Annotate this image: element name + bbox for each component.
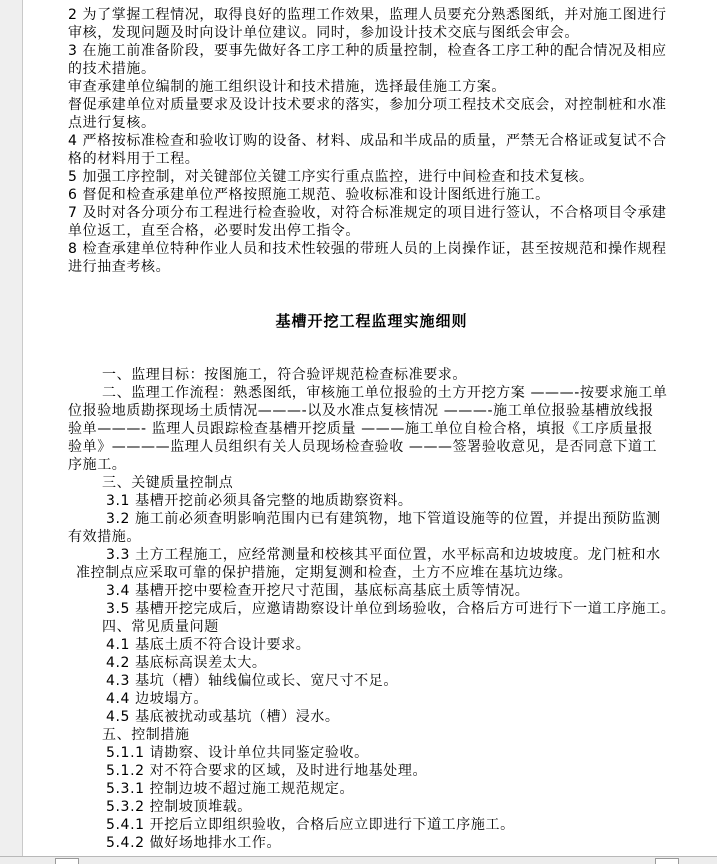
text-line[interactable]: 有效措施。 bbox=[68, 528, 699, 546]
text-line[interactable]: 审查承建单位编制的施工组织设计和技术措施，选择最佳施工方案。 bbox=[68, 78, 699, 96]
text-line[interactable]: 一、监理目标：按图施工，符合验评规范检查标准要求。 bbox=[68, 366, 699, 384]
text-line[interactable] bbox=[68, 294, 699, 312]
text-line[interactable]: 序施工。 bbox=[68, 456, 699, 474]
page-gap bbox=[0, 856, 717, 864]
text-line[interactable] bbox=[68, 330, 699, 348]
text-line[interactable]: 4.3 基坑（槽）轴线偏位或长、宽尺寸不足。 bbox=[68, 672, 699, 690]
text-line[interactable]: 4.2 基底标高误差太大。 bbox=[68, 654, 699, 672]
text-line[interactable]: 8 检查承建单位特种作业人员和技术性较强的带班人员的上岗操作证，甚至按规范和操作… bbox=[68, 240, 699, 258]
text-line[interactable]: 4.1 基底土质不符合设计要求。 bbox=[68, 636, 699, 654]
text-line[interactable]: 准控制点应采取可靠的保护措施，定期复测和检查，土方不应堆在基坑边缘。 bbox=[68, 564, 699, 582]
canvas-margin bbox=[0, 0, 23, 857]
text-line[interactable]: 4.4 边坡塌方。 bbox=[68, 690, 699, 708]
text-line[interactable]: 5 加强工序控制，对关键部位关键工序实行重点监控，进行中间检查和技术复核。 bbox=[68, 168, 699, 186]
text-line[interactable]: 督促承建单位对质量要求及设计技术要求的落实，参加分项工程技术交底会，对控制桩和水… bbox=[68, 96, 699, 114]
text-line[interactable]: 二、监理工作流程：熟悉图纸，审核施工单位报验的土方开挖方案 ———-按要求施工单 bbox=[68, 384, 699, 402]
text-line[interactable]: 验单———- 监理人员跟踪检查基槽开挖质量 ———施工单位自检合格，填报《工序质… bbox=[68, 420, 699, 438]
document-page[interactable]: 2 为了掌握工程情况，取得良好的监理工作效果，监理人员要充分熟悉图纸，并对施工图… bbox=[23, 0, 717, 857]
text-line[interactable]: 进行抽查考核。 bbox=[68, 258, 699, 276]
text-line[interactable]: 2 为了掌握工程情况，取得良好的监理工作效果，监理人员要充分熟悉图纸，并对施工图… bbox=[68, 6, 699, 24]
text-line[interactable]: 三、关键质量控制点 bbox=[68, 474, 699, 492]
text-line[interactable]: 5.3.1 控制边坡不超过施工规范规定。 bbox=[68, 780, 699, 798]
word-viewport: 2 为了掌握工程情况，取得良好的监理工作效果，监理人员要充分熟悉图纸，并对施工图… bbox=[0, 0, 717, 864]
text-line[interactable]: 5.3.2 控制坡顶堆载。 bbox=[68, 798, 699, 816]
text-line[interactable]: 7 及时对各分项分布工程进行检查验收，对符合标准规定的项目进行签认，不合格项目令… bbox=[68, 204, 699, 222]
text-line[interactable]: 3.2 施工前必须查明影响范围内已有建筑物，地下管道设施等的位置，并提出预防监测 bbox=[68, 510, 699, 528]
text-line[interactable]: 四、常见质量问题 bbox=[68, 618, 699, 636]
text-line[interactable]: 位报验地质勘探现场土质情况———-以及水准点复核情况 ———-施工单位报验基槽放… bbox=[68, 402, 699, 420]
text-line[interactable]: 3.3 土方工程施工，应经常测量和校核其平面位置，水平标高和边坡坡度。龙门桩和水 bbox=[68, 546, 699, 564]
text-line[interactable]: 3.4 基槽开挖中要检查开挖尺寸范围，基底标高基底土质等情况。 bbox=[68, 582, 699, 600]
text-line[interactable]: 5.4.1 开挖后立即组织验收，合格后应立即进行下道工序施工。 bbox=[68, 816, 699, 834]
text-line[interactable]: 3 在施工前准备阶段，要事先做好各工序工种的质量控制，检查各工序工种的配合情况及… bbox=[68, 42, 699, 60]
text-line[interactable]: 4 严格按标准检查和验收订购的设备、材料、成品和半成品的质量，严禁无合格证或复试… bbox=[68, 132, 699, 150]
text-line[interactable]: 3.1 基槽开挖前必须具备完整的地质勘察资料。 bbox=[68, 492, 699, 510]
text-line[interactable]: 格的材料用于工程。 bbox=[68, 150, 699, 168]
text-line[interactable]: 审核，发现问题及时向设计单位建议。同时，参加设计技术交底与图纸会审会。 bbox=[68, 24, 699, 42]
text-line[interactable] bbox=[68, 276, 699, 294]
text-line[interactable]: 6 督促和检查承建单位严格按照施工规范、验收标准和设计图纸进行施工。 bbox=[68, 186, 699, 204]
text-line[interactable]: 5.1.2 对不符合要求的区域，及时进行地基处理。 bbox=[68, 762, 699, 780]
document-text[interactable]: 2 为了掌握工程情况，取得良好的监理工作效果，监理人员要充分熟悉图纸，并对施工图… bbox=[68, 6, 699, 852]
text-line[interactable] bbox=[68, 348, 699, 366]
text-line[interactable]: 验单》————监理人员组织有关人员现场检查验收 ———签署验收意见，是否同意下道… bbox=[68, 438, 699, 456]
text-line[interactable]: 单位返工，直至合格，必要时发出停工指令。 bbox=[68, 222, 699, 240]
text-line[interactable]: 4.5 基底被扰动或基坑（槽）浸水。 bbox=[68, 708, 699, 726]
text-line[interactable]: 5.4.2 做好场地排水工作。 bbox=[68, 834, 699, 852]
text-line[interactable]: 3.5 基槽开挖完成后，应邀请勘察设计单位到场验收，合格后方可进行下一道工序施工… bbox=[68, 600, 699, 618]
next-page-corner-mark-left bbox=[55, 858, 79, 864]
text-line[interactable]: 的技术措施。 bbox=[68, 60, 699, 78]
next-page-corner-mark-right bbox=[655, 858, 679, 864]
document-title[interactable]: 基槽开挖工程监理实施细则 bbox=[68, 312, 699, 330]
text-line[interactable]: 5.1.1 请勘察、设计单位共同鉴定验收。 bbox=[68, 744, 699, 762]
text-line[interactable]: 点进行复核。 bbox=[68, 114, 699, 132]
text-line[interactable]: 五、控制措施 bbox=[68, 726, 699, 744]
